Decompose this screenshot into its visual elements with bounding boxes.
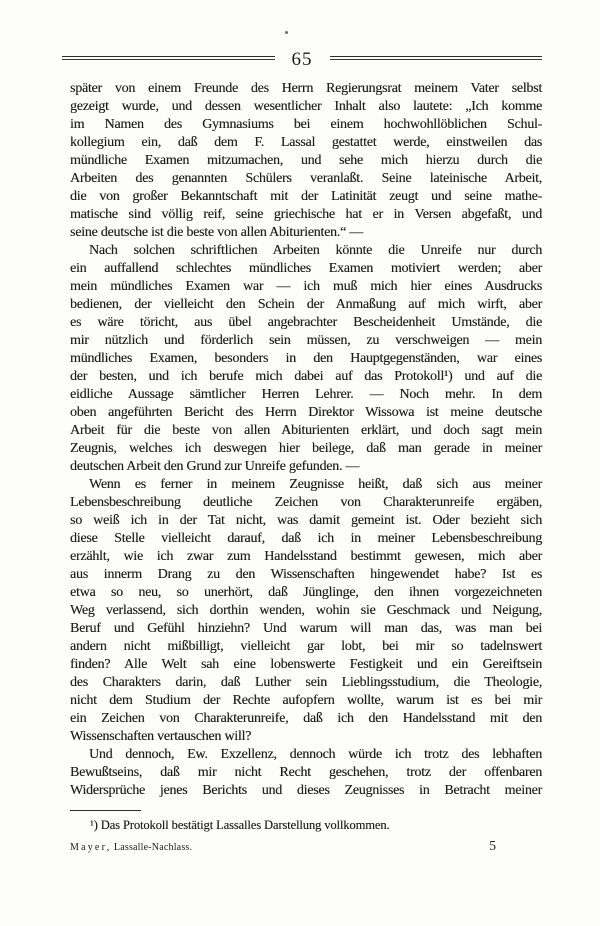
text-line: etwa so neu, so unerhört, daß Jünglinge,… (70, 584, 542, 602)
text-line: kollegium ein, daß dem F. Lassal gestatt… (70, 134, 542, 152)
text-line: nicht dem Studium der Rechte aufopfern w… (70, 692, 542, 710)
text-line: Weg verlassend, sich dorthin wenden, woh… (70, 602, 542, 620)
text-line: des Charakters darin, daß Luther sein Li… (70, 674, 542, 692)
text-line: Bewußtseins, daß mir nicht Recht gescheh… (70, 764, 542, 782)
footnote-separator-rule (70, 810, 141, 811)
text-block: später von einem Freunde des Herrn Regie… (70, 80, 542, 800)
text-line: es wäre töricht, aus übel angebrachter B… (70, 314, 542, 332)
header-rule-left (62, 56, 275, 60)
text-line: im Namen des Gymnasiums bei einem hochwo… (70, 116, 542, 134)
text-line: Zeugnis, welches ich deswegen hier beile… (70, 440, 542, 458)
text-line: der besten, und ich berufe mich dabei au… (70, 368, 542, 386)
text-line: so weiß ich in der Tat nicht, was damit … (70, 512, 542, 530)
text-line: Wenn es ferner in meinem Zeugnisse heißt… (70, 476, 542, 494)
text-line: gezeigt wurde, und dessen wesentlicher I… (70, 98, 542, 116)
text-line: eidliche Aussage sämtlicher Herren Lehre… (70, 386, 542, 404)
text-line: Nach solchen schriftlichen Arbeiten könn… (70, 242, 542, 260)
paragraph: Nach solchen schriftlichen Arbeiten könn… (70, 242, 542, 476)
text-line: später von einem Freunde des Herrn Regie… (70, 80, 542, 98)
text-line: aus innerm Drang zu den Wissenschaften h… (70, 566, 542, 584)
sheet-number: 5 (489, 838, 496, 854)
text-line: erzählt, wie ich zwar zum Handelsstand b… (70, 548, 542, 566)
text-line: diese Stelle vielleicht darauf, daß ich … (70, 530, 542, 548)
text-line: seine deutsche ist die beste von allen A… (70, 224, 542, 242)
text-line: ein auffallend schlechtes mündliches Exa… (70, 260, 542, 278)
text-line: matische sind völlig reif, seine griechi… (70, 206, 542, 224)
text-line: Beruf und Gefühl hinziehn? Und warum wil… (70, 620, 542, 638)
text-line: mir nützlich und förderlich sein müssen,… (70, 332, 542, 350)
text-line: Wissenschaften vertauschen will? (70, 728, 542, 746)
scan-speck (285, 31, 288, 34)
text-line: mein mündliches Examen war — ich muß mic… (70, 278, 542, 296)
text-line: andern nicht mißbilligt, vielleicht gar … (70, 638, 542, 656)
text-line: die von großer Bekanntschaft mit der Lat… (70, 188, 542, 206)
text-line: oben angeführten Bericht des Herrn Direk… (70, 404, 542, 422)
text-line: Arbeiten des genannten Schülers veranlaß… (70, 170, 542, 188)
text-line: ein Zeichen von Charakterunreife, daß ic… (70, 710, 542, 728)
paragraph: Und dennoch, Ew. Exzellenz, dennoch würd… (70, 746, 542, 800)
scanned-book-page: 65 später von einem Freunde des Herrn Re… (0, 0, 600, 926)
header-rule-right (330, 56, 543, 60)
imprint-author: Mayer, (70, 842, 111, 853)
text-line: mündliche Examen mitzumachen, und sehe m… (70, 152, 542, 170)
running-head: 65 (62, 48, 542, 67)
text-line: Und dennoch, Ew. Exzellenz, dennoch würd… (70, 746, 542, 764)
paragraph: später von einem Freunde des Herrn Regie… (70, 80, 542, 242)
imprint: Mayer, Lassalle-Nachlass. (70, 842, 192, 853)
text-line: deutschen Arbeit den Grund zur Unreife g… (70, 458, 542, 476)
text-line: bedienen, der vielleicht den Schein der … (70, 296, 542, 314)
imprint-row: Mayer, Lassalle-Nachlass. 5 (70, 838, 542, 854)
text-line: mündliches Examen, besonders in den Haup… (70, 350, 542, 368)
paragraph: Wenn es ferner in meinem Zeugnisse heißt… (70, 476, 542, 746)
footnote-text: ¹) Das Protokoll bestätigt Lassalles Dar… (70, 818, 542, 833)
text-line: Widersprüche jenes Berichts und dieses Z… (70, 782, 542, 800)
page-number: 65 (292, 50, 313, 69)
text-line: Arbeit für die beste von allen Abiturien… (70, 422, 542, 440)
text-line: Lebensbeschreibung deutliche Zeichen von… (70, 494, 542, 512)
text-line: finden? Alle Welt sah eine lobenswerte F… (70, 656, 542, 674)
imprint-work-title: Lassalle-Nachlass. (114, 842, 192, 853)
